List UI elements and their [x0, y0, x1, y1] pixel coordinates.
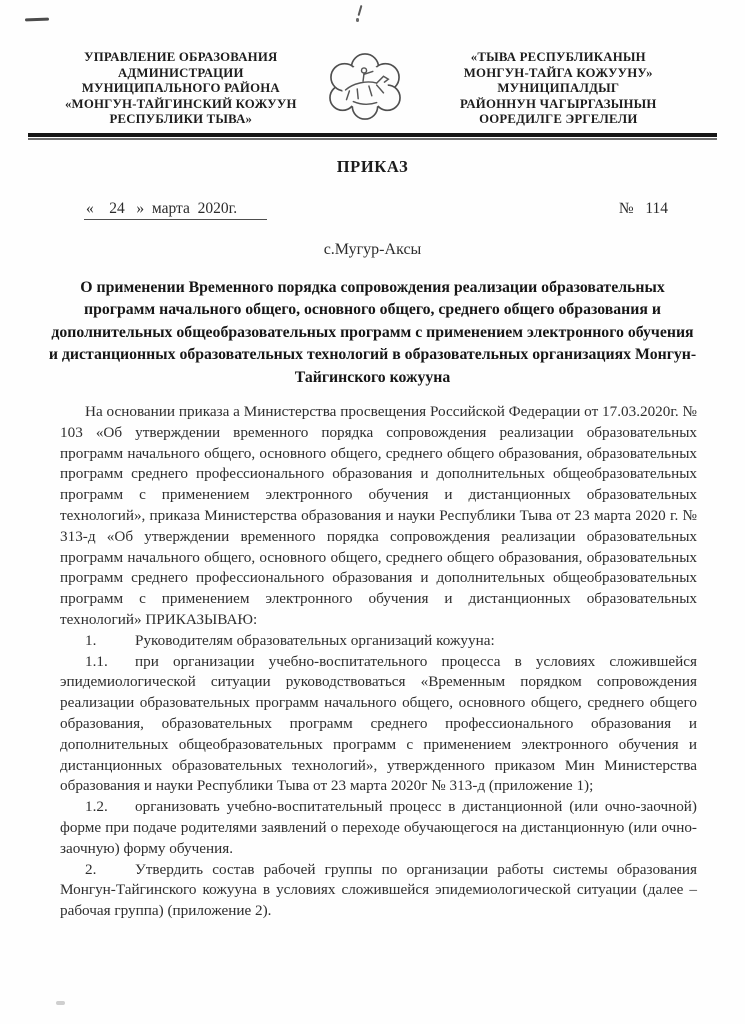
org-line: РЕСПУБЛИКИ ТЫВА» [44, 112, 318, 128]
item-number: 2. [85, 860, 135, 881]
order-item-1: 1.Руководителям образовательных организа… [60, 631, 697, 652]
org-name-tuvan: «ТЫВА РЕСПУБЛИКАНЫН МОНГУН-ТАЙГА КОЖУУНУ… [412, 50, 705, 128]
item-text: при организации учебно-воспитательного п… [60, 653, 697, 795]
order-item-1-2: 1.2.организовать учебно-воспитательный п… [60, 797, 697, 859]
org-line: ООРЕДИЛГЕ ЭРГЕЛЕЛИ [412, 112, 705, 128]
intro-paragraph: На основании приказа а Министерства прос… [60, 402, 697, 631]
org-line: МУНИЦИПАЛЬНОГО РАЙОНА [44, 81, 318, 97]
item-number: 1.2. [85, 797, 135, 818]
tuva-horse-rider-emblem-icon [318, 51, 412, 123]
document-page: УПРАВЛЕНИЕ ОБРАЗОВАНИЯ АДМИНИСТРАЦИИ МУН… [0, 0, 745, 1024]
order-item-1-1: 1.1.при организации учебно-воспитательно… [60, 652, 697, 798]
org-line: МОНГУН-ТАЙГА КОЖУУНУ» [412, 66, 705, 82]
order-body: На основании приказа а Министерства прос… [60, 402, 697, 922]
item-number: 1. [85, 631, 135, 652]
scan-artifact-bottom [56, 1001, 65, 1005]
header-divider-thin-line [28, 138, 717, 140]
org-line: УПРАВЛЕНИЕ ОБРАЗОВАНИЯ [44, 50, 318, 66]
doc-number: № 114 [619, 200, 668, 218]
item-number: 1.1. [85, 652, 135, 673]
org-line: АДМИНИСТРАЦИИ [44, 66, 318, 82]
item-text: Утвердить состав рабочей группы по орган… [60, 861, 697, 920]
date-field: « 24 » марта 2020г. [84, 200, 267, 220]
org-line: РАЙОННУН ЧАГЫРГАЗЫНЫН [412, 97, 705, 113]
org-name-russian: УПРАВЛЕНИЕ ОБРАЗОВАНИЯ АДМИНИСТРАЦИИ МУН… [44, 50, 318, 128]
org-line: МУНИЦИПАЛДЫГ [412, 81, 705, 97]
org-line: «ТЫВА РЕСПУБЛИКАНЫН [412, 50, 705, 66]
org-line: «МОНГУН-ТАЙГИНСКИЙ КОЖУУН [44, 97, 318, 113]
scan-artifact-tick-dot [356, 18, 359, 22]
item-text: Руководителям образовательных организаци… [135, 632, 495, 649]
item-text: организовать учебно-воспитательный проце… [60, 798, 697, 857]
letterhead: УПРАВЛЕНИЕ ОБРАЗОВАНИЯ АДМИНИСТРАЦИИ МУН… [0, 0, 745, 128]
header-divider-thick-line [28, 133, 717, 137]
order-item-2: 2.Утвердить состав рабочей группы по орг… [60, 860, 697, 922]
header-divider [28, 133, 717, 140]
order-title: О применении Временного порядка сопровож… [48, 277, 698, 389]
date-row: « 24 » марта 2020г. № 114 [84, 200, 668, 220]
place-line: с.Мугур-Аксы [0, 241, 745, 259]
doc-type-heading: ПРИКАЗ [0, 157, 745, 177]
